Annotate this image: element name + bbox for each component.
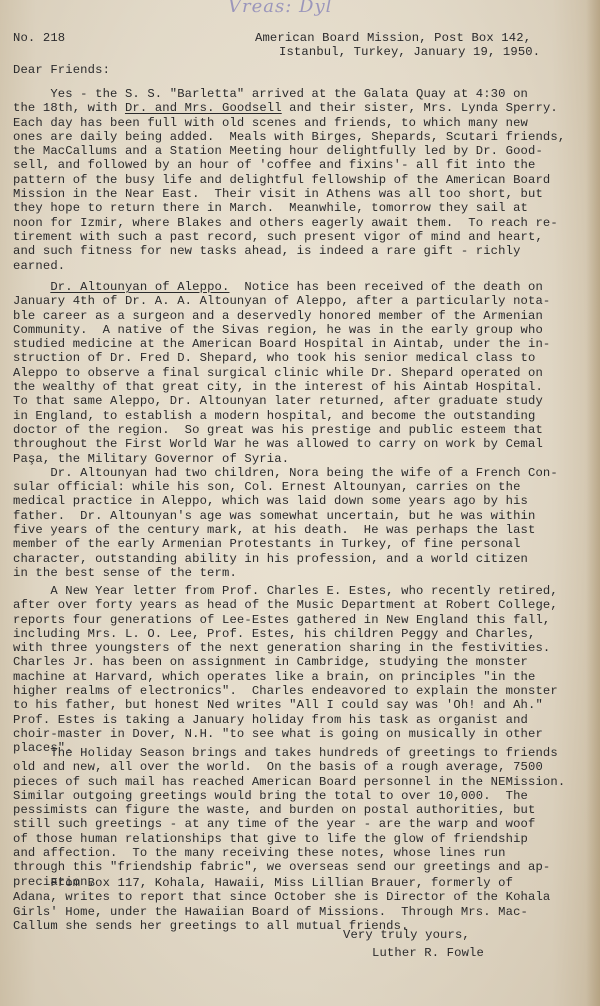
text-line: and such fitness for new tasks ahead, is… <box>13 244 565 258</box>
text-line: Adana, writes to report that since Octob… <box>13 890 550 904</box>
text-line: reports four generations of Lee-Estes ga… <box>13 613 558 627</box>
signature: Luther R. Fowle <box>343 946 484 964</box>
letter-number: No. 218 <box>13 31 65 45</box>
paragraph-goodsell-arrival: Yes - the S. S. "Barletta" arrived at th… <box>13 87 565 273</box>
text-line: Dr. Altounyan had two children, Nora bei… <box>13 466 558 480</box>
text-line: in the best sense of the term. <box>13 566 558 580</box>
text-line: ones are daily being added. Meals with B… <box>13 130 565 144</box>
text-line: ble career as a surgeon and a deservedly… <box>13 309 558 323</box>
text-line: medical practice in Aleppo, which was la… <box>13 494 558 508</box>
letter-page: Vreas: Dyl No. 218 American Board Missio… <box>0 0 600 1006</box>
handwritten-annotation: Vreas: Dyl <box>228 0 332 17</box>
text-line: member of the early Armenian Protestants… <box>13 537 558 551</box>
text-line: Prof. Estes is taking a January holiday … <box>13 713 558 727</box>
text-line: doctor of the region. So great was his p… <box>13 423 558 437</box>
text-line: father. Dr. Altounyan's age was somewhat… <box>13 509 558 523</box>
text-line: including Mrs. L. O. Lee, Prof. Estes, h… <box>13 627 558 641</box>
text-line: To that same Aleppo, Dr. Altounyan later… <box>13 394 558 408</box>
text-line: Charles Jr. has been on assignment in Ca… <box>13 655 558 669</box>
text-line: pieces of such mail has reached American… <box>13 775 565 789</box>
text-line: sell, and followed by an hour of 'coffee… <box>13 158 565 172</box>
text-line: the wealthy of that great city, in the i… <box>13 380 558 394</box>
text-line: pattern of the busy life and delightful … <box>13 173 565 187</box>
text-line: Girls' Home, under the Hawaiian Board of… <box>13 905 550 919</box>
salutation: Dear Friends: <box>13 63 110 77</box>
paragraph-holiday-greetings: The Holiday Season brings and takes hund… <box>13 746 565 889</box>
text-line: pessimists can figure the waste, and bur… <box>13 803 565 817</box>
underlined-phrase: Dr. and Mrs. Goodsell <box>125 101 282 115</box>
text-line: From Box 117, Kohala, Hawaii, Miss Lilli… <box>13 876 550 890</box>
text-line: Mission in the Near East. Their visit in… <box>13 187 565 201</box>
text-line: old and new, all over the world. On the … <box>13 760 565 774</box>
text-line: they hope to return there in March. Mean… <box>13 201 565 215</box>
text-line: character, outstanding ability in his pr… <box>13 552 558 566</box>
text-line: Yes - the S. S. "Barletta" arrived at th… <box>13 87 565 101</box>
paragraph-brauer-hawaii: From Box 117, Kohala, Hawaii, Miss Lilli… <box>13 876 550 933</box>
text-line: studied medicine at the American Board H… <box>13 337 558 351</box>
text-line: The Holiday Season brings and takes hund… <box>13 746 565 760</box>
text-line: with three youngsters of the next genera… <box>13 641 558 655</box>
text-line: machine at Harvard, which operates like … <box>13 670 558 684</box>
paragraph-altounyan-obituary: Dr. Altounyan of Aleppo. Notice has been… <box>13 280 558 580</box>
text-line: earned. <box>13 259 565 273</box>
underlined-phrase: Dr. Altounyan of Aleppo. <box>50 280 229 294</box>
sender-address-line1: American Board Mission, Post Box 142, <box>255 31 531 45</box>
text-line: Community. A native of the Sivas region,… <box>13 323 558 337</box>
text-line: the MacCallums and a Station Meeting hou… <box>13 144 565 158</box>
text-line: to his father, but honest Ned writes "Al… <box>13 698 558 712</box>
text-line: Paşa, the Military Governor of Syria. <box>13 452 558 466</box>
text-line: higher realms of electronics". Charles e… <box>13 684 558 698</box>
text-line: noon for Izmir, where Blakes and others … <box>13 216 565 230</box>
text-line: A New Year letter from Prof. Charles E. … <box>13 584 558 598</box>
text-line: the 18th, with Dr. and Mrs. Goodsell and… <box>13 101 565 115</box>
text-line: choir-master in Dover, N.H. "to see what… <box>13 727 558 741</box>
text-line: throughout the First World War he was al… <box>13 437 558 451</box>
text-line: and affection. To the many receiving the… <box>13 846 565 860</box>
text-line: through this "friendship fabric", we ove… <box>13 860 565 874</box>
text-line: January 4th of Dr. A. A. Altounyan of Al… <box>13 294 558 308</box>
text-line: Similar outgoing greetings would bring t… <box>13 789 565 803</box>
text-line: after over forty years as head of the Mu… <box>13 598 558 612</box>
paragraph-estes-letter: A New Year letter from Prof. Charles E. … <box>13 584 558 756</box>
valediction: Very truly yours, <box>343 928 484 946</box>
sender-address-line2: Istanbul, Turkey, January 19, 1950. <box>279 45 540 59</box>
text-line: five years of the century mark, at his d… <box>13 523 558 537</box>
text-line: of those human relationships that give t… <box>13 832 565 846</box>
text-line: in England, to establish a modern hospit… <box>13 409 558 423</box>
text-line: still such greetings - at any time of th… <box>13 817 565 831</box>
text-line: sular official: while his son, Col. Erne… <box>13 480 558 494</box>
closing-block: Very truly yours, Luther R. Fowle <box>343 928 484 964</box>
text-line: Dr. Altounyan of Aleppo. Notice has been… <box>13 280 558 294</box>
text-line: tirement with such a past record, such p… <box>13 230 565 244</box>
text-line: Aleppo to observe a final surgical clini… <box>13 366 558 380</box>
text-line: Each day has been full with old scenes a… <box>13 116 565 130</box>
text-line: struction of Dr. Fred D. Shepard, who to… <box>13 351 558 365</box>
